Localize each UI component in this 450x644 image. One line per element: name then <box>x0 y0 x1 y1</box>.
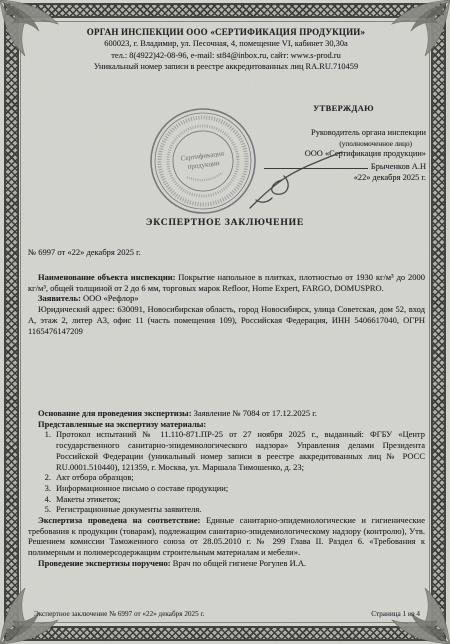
scanned-expert-conclusion-page: ОРГАН ИНСПЕКЦИИ ООО «СЕРТИФИКАЦИЯ ПРОДУК… <box>0 0 450 644</box>
list-item: 2.Акт отбора образцов; <box>38 472 425 483</box>
list-item: 4.Макеты этикеток; <box>38 494 425 505</box>
compliance-label: Экспертиза проведена на соответствие: <box>38 515 200 525</box>
org-contacts: тел.: 8(4922)42-08-96, e-mail: st84@inbo… <box>28 50 424 61</box>
frame-right-border <box>431 3 446 641</box>
org-address: 600023, г. Владимир, ул. Песочная, 4, по… <box>28 38 424 49</box>
document-title: ЭКСПЕРТНОЕ ЗАКЛЮЧЕНИЕ <box>0 217 450 228</box>
materials-heading: Представленные на экспертизу материалы: <box>28 419 425 430</box>
list-item: 3.Информационное письмо о составе продук… <box>38 483 425 494</box>
frame-bottom-border <box>4 626 446 641</box>
address-label: Юридический адрес: <box>38 304 115 314</box>
basis-text: Заявление № 7084 от 17.12.2025 г. <box>192 408 317 418</box>
legal-address-paragraph: Юридический адрес: 630091, Новосибирская… <box>28 304 425 336</box>
approver-org: ООО «Сертификация продукции» <box>236 149 426 160</box>
footer-page-number: Страница 1 из 4 <box>371 610 420 618</box>
basis-label: Основание для проведения экспертизы: <box>38 408 192 418</box>
letterhead: ОРГАН ИНСПЕКЦИИ ООО «СЕРТИФИКАЦИЯ ПРОДУК… <box>28 27 424 73</box>
applicant-label: Заявитель: <box>38 293 81 303</box>
compliance-paragraph: Экспертиза проведена на соответствие: Ед… <box>28 515 425 558</box>
assigned-paragraph: Проведение экспертизы поручено: Врач по … <box>28 558 425 569</box>
approver-note: (уполномоченное лицо) <box>236 139 426 150</box>
object-paragraph: Наименование объекта инспекции: Покрытие… <box>28 272 425 293</box>
approver-name-line: Брыченков А.Н <box>236 160 426 173</box>
document-number: № 6997 от «22» декабря 2025 г. <box>28 247 141 257</box>
list-item: 5.Регистрационные документы заявителя. <box>38 504 425 515</box>
object-label: Наименование объекта инспекции: <box>38 272 175 282</box>
inspection-object-section: Наименование объекта инспекции: Покрытие… <box>28 272 425 336</box>
org-name: ОРГАН ИНСПЕКЦИИ ООО «СЕРТИФИКАЦИЯ ПРОДУК… <box>28 27 424 38</box>
applicant-paragraph: Заявитель: ООО «Рефлор» <box>28 293 425 304</box>
assigned-text: Врач по общей гигиене Рогулев И.А. <box>171 558 306 568</box>
approval-block: УТВЕРЖДАЮ Руководитель органа инспекции … <box>236 104 426 184</box>
signature-line <box>264 160 368 169</box>
list-item: 1.Протокол испытаний № 11.110-871.ПР-25 … <box>38 429 425 472</box>
materials-list: 1.Протокол испытаний № 11.110-871.ПР-25 … <box>28 429 425 515</box>
approve-word: УТВЕРЖДАЮ <box>236 104 426 115</box>
approver-name: Брыченков А.Н <box>371 162 426 171</box>
expertise-section: Основание для проведения экспертизы: Зая… <box>28 408 425 569</box>
stamp-center-text-line1: Сертификация <box>180 149 225 162</box>
stamp-center-text-line2: продукции <box>187 159 220 171</box>
applicant-text: ООО «Рефлор» <box>81 293 139 303</box>
footer-document-ref: Экспертное заключение № 6997 от «22» дек… <box>34 610 204 618</box>
page-footer: Экспертное заключение № 6997 от «22» дек… <box>34 610 420 618</box>
basis-paragraph: Основание для проведения экспертизы: Зая… <box>28 408 425 419</box>
frame-left-border <box>4 3 19 641</box>
frame-top-border <box>4 3 446 18</box>
assigned-label: Проведение экспертизы поручено: <box>38 558 171 568</box>
org-registry-number: Уникальный номер записи в реестре аккред… <box>28 61 424 72</box>
approver-role: Руководитель органа инспекции <box>236 128 426 139</box>
approval-date: «22» декабря 2025 г. <box>236 173 426 184</box>
